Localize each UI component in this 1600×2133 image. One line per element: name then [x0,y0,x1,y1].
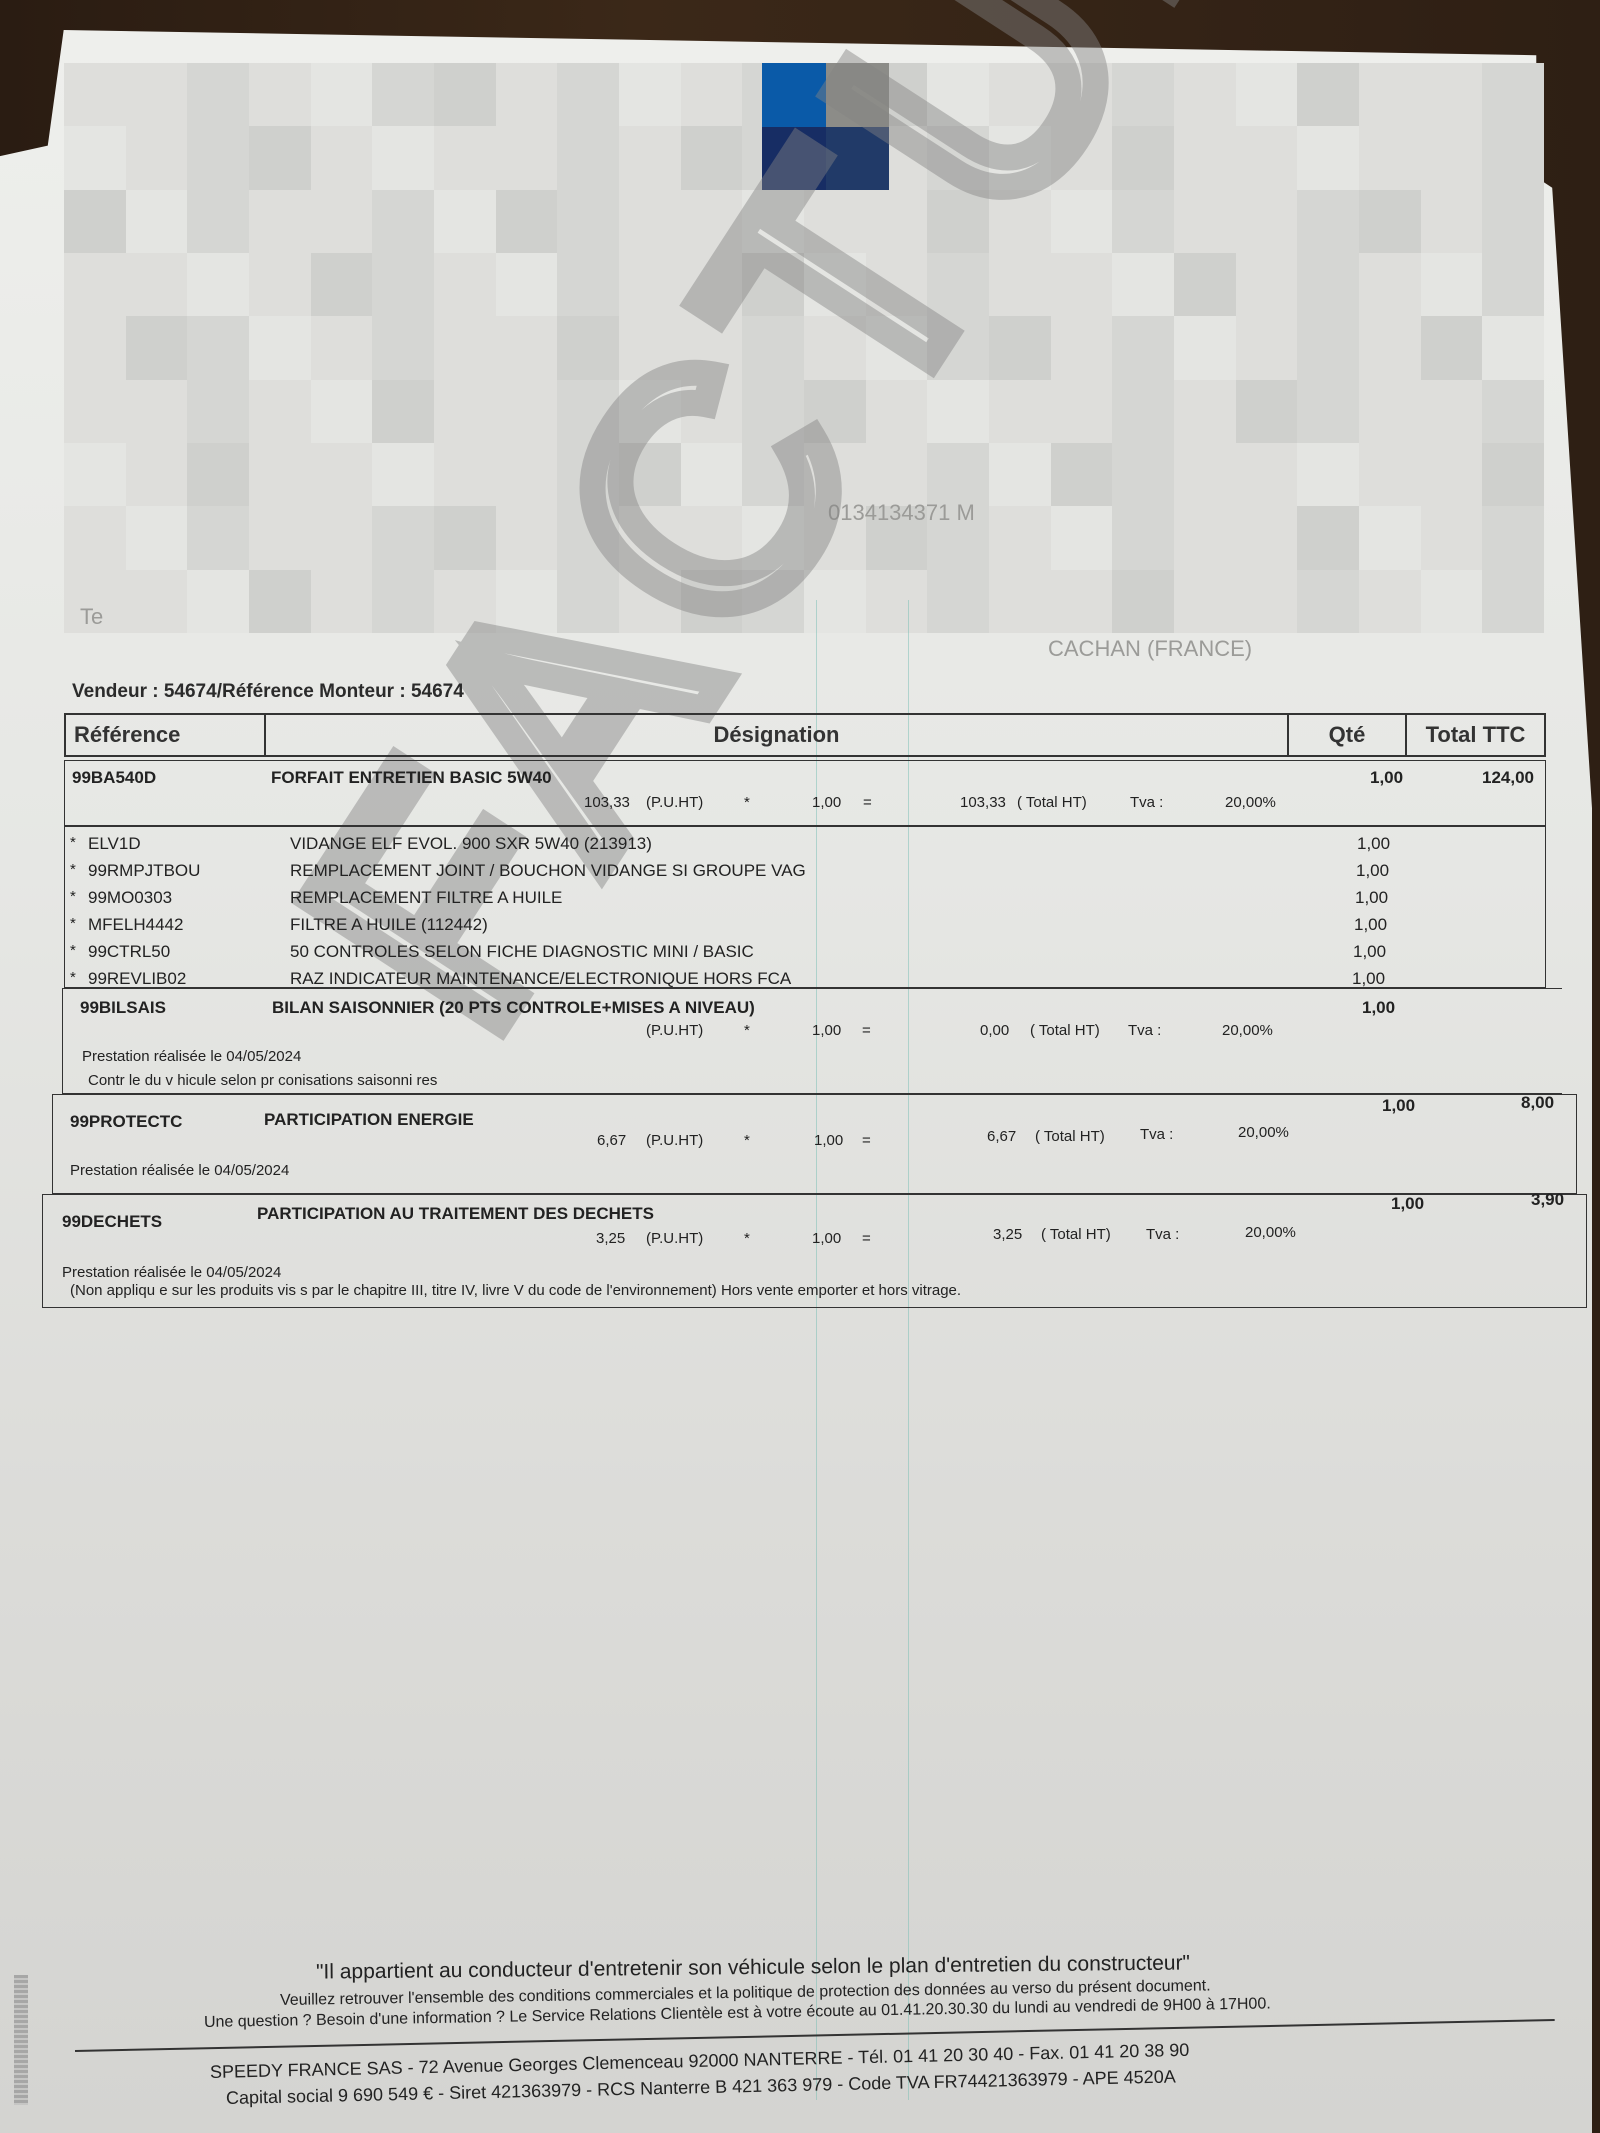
tva-label: Tva : [1146,1226,1179,1243]
mult-sign: * [744,794,750,811]
sub-item-reference: 99CTRL50 [88,942,170,962]
total-ht-label: ( Total HT) [1041,1226,1111,1243]
line-reference: 99DECHETS [62,1212,162,1232]
qty-calc: 1,00 [812,1022,841,1039]
line-qte: 1,00 [1362,998,1395,1018]
sub-item-reference: 99REVLIB02 [88,969,186,989]
qty-calc: 1,00 [812,1230,841,1247]
col-total-ttc: Total TTC [1407,715,1544,755]
vendeur-line: Vendeur : 54674/Référence Monteur : 5467… [72,681,464,703]
sub-item-qte: 1,00 [1357,834,1390,854]
line-total-ht: 6,67 [987,1128,1016,1145]
bullet-icon: * [70,834,76,851]
sub-item-qte: 1,00 [1355,888,1388,908]
line-tva: 20,00% [1245,1224,1296,1241]
line-designation: PARTICIPATION AU TRAITEMENT DES DECHETS [257,1204,654,1224]
bullet-icon: * [70,969,76,986]
mult-sign: * [744,1022,750,1039]
equals-sign: = [863,794,872,811]
sub-item-qte: 1,00 [1353,942,1386,962]
sub-item-qte: 1,00 [1354,915,1387,935]
line-total-ht: 103,33 [960,794,1006,811]
equals-sign: = [862,1132,871,1149]
line-reference: 99PROTECTC [70,1112,182,1132]
bullet-icon: * [70,942,76,959]
sub-item-reference: 99MO0303 [88,888,172,908]
line-pu-ht: 6,67 [597,1132,626,1149]
line-total-ht: 3,25 [993,1226,1022,1243]
header-tel-fragment: Te [80,604,103,630]
line-qte: 1,00 [1370,768,1403,788]
sub-item-designation: REMPLACEMENT FILTRE A HUILE [290,888,562,908]
pu-label: (P.U.HT) [646,794,703,811]
tva-label: Tva : [1128,1022,1161,1039]
margin-print-code [14,1975,28,2105]
line-tva: 20,00% [1225,794,1276,811]
line-pu-ht: 3,25 [596,1230,625,1247]
col-reference: Référence [66,715,266,755]
line-note: (Non appliqu e sur les produits vis s pa… [70,1282,961,1299]
sub-items-block [64,826,1546,988]
line-pu-ht: 103,33 [584,794,630,811]
sub-item-designation: 50 CONTROLES SELON FICHE DIAGNOSTIC MINI… [290,942,754,962]
total-ht-label: ( Total HT) [1035,1128,1105,1145]
sub-item-qte: 1,00 [1352,969,1385,989]
line-total-ttc: 124,00 [1482,768,1534,788]
line-note: Prestation réalisée le 04/05/2024 [62,1264,281,1281]
sub-item-designation: REMPLACEMENT JOINT / BOUCHON VIDANGE SI … [290,861,806,881]
mult-sign: * [744,1230,750,1247]
line-total-ht: 0,00 [980,1022,1009,1039]
total-ht-label: ( Total HT) [1030,1022,1100,1039]
line-total-ttc: 8,00 [1521,1093,1554,1113]
tva-label: Tva : [1140,1126,1173,1143]
sub-item-reference: 99RMPJTBOU [88,861,200,881]
sub-item-reference: ELV1D [88,834,141,854]
line-note: Contr le du v hicule selon pr conisation… [88,1072,437,1089]
sub-item-designation: FILTRE A HUILE (112442) [290,915,488,935]
bullet-icon: * [70,915,76,932]
sub-item-designation: VIDANGE ELF EVOL. 900 SXR 5W40 (213913) [290,834,652,854]
line-tva: 20,00% [1222,1022,1273,1039]
qty-calc: 1,00 [812,794,841,811]
line-note: Prestation réalisée le 04/05/2024 [70,1162,289,1179]
qty-calc: 1,00 [814,1132,843,1149]
sub-item-designation: RAZ INDICATEUR MAINTENANCE/ELECTRONIQUE … [290,969,791,989]
pu-label: (P.U.HT) [646,1230,703,1247]
line-qte: 1,00 [1391,1194,1424,1214]
pu-label: (P.U.HT) [646,1022,703,1039]
bullet-icon: * [70,888,76,905]
pu-label: (P.U.HT) [646,1132,703,1149]
tva-label: Tva : [1130,794,1163,811]
sub-item-qte: 1,00 [1356,861,1389,881]
header-phone-fragment: 0134134371 M [828,500,975,526]
sub-item-reference: MFELH4442 [88,915,183,935]
equals-sign: = [862,1230,871,1247]
line-tva: 20,00% [1238,1124,1289,1141]
col-designation: Désignation [266,715,1289,755]
line-reference: 99BILSAIS [80,998,166,1018]
line-note: Prestation réalisée le 04/05/2024 [82,1048,301,1065]
line-qte: 1,00 [1382,1096,1415,1116]
brand-logo [762,63,889,190]
mult-sign: * [744,1132,750,1149]
total-ht-label: ( Total HT) [1017,794,1087,811]
line-designation: PARTICIPATION ENERGIE [264,1110,474,1130]
line-designation: FORFAIT ENTRETIEN BASIC 5W40 [271,768,552,788]
equals-sign: = [862,1022,871,1039]
line-reference: 99BA540D [72,768,156,788]
col-qte: Qté [1289,715,1407,755]
table-header: Référence Désignation Qté Total TTC [64,713,1546,757]
line-designation: BILAN SAISONNIER (20 PTS CONTROLE+MISES … [272,998,755,1018]
header-city: CACHAN (FRANCE) [1048,636,1252,662]
bullet-icon: * [70,861,76,878]
line-total-ttc: 3,90 [1531,1190,1564,1210]
